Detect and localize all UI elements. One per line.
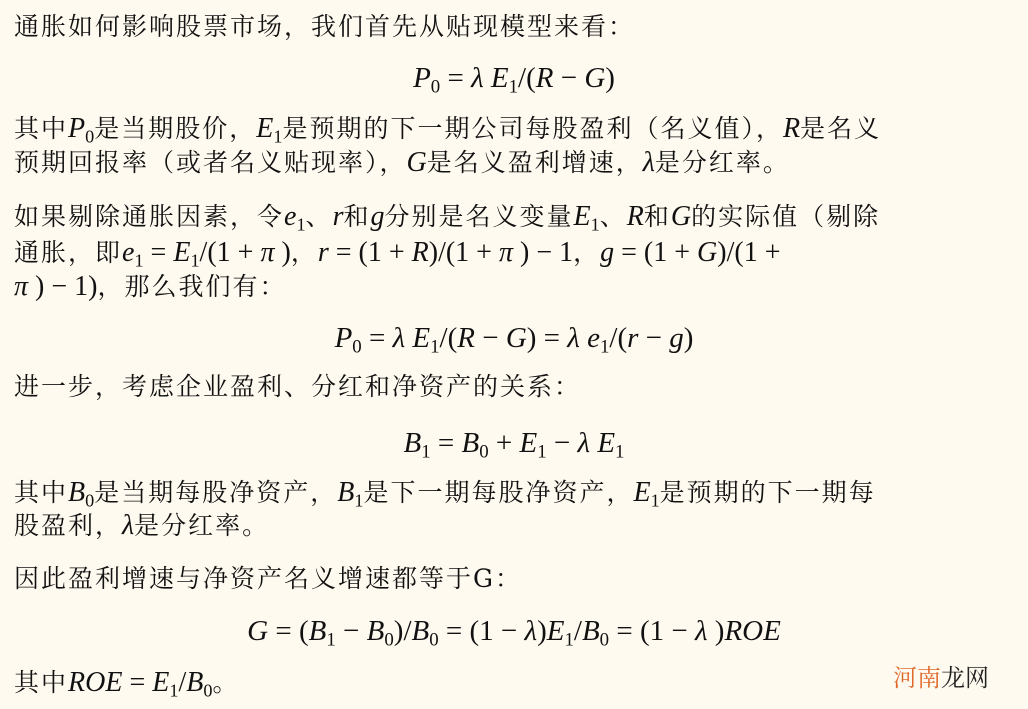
watermark-part1: 河南: [893, 664, 941, 692]
para5-text: 因此盈利增速与净资产名义增速都等于G：: [14, 562, 1014, 596]
para6-text: 其中ROE = E1/B0。: [14, 666, 1014, 700]
formula-growth-roe: G = (B1 − B0)/B0 = (1 − λ)E1/B0 = (1 − λ…: [0, 613, 1028, 649]
para2-line2: 通胀，即e1 = E1/(1 + π )，r = (1 + R)/(1 + π …: [14, 236, 1014, 270]
para4-line1: 其中B0是当期每股净资产，B1是下一期每股净资产，E1是预期的下一期每: [14, 476, 1014, 510]
watermark-part2: 龙网: [941, 664, 989, 692]
para4-line2: 股盈利，λ是分红率。: [14, 509, 1014, 543]
watermark-logo: 河南龙网: [893, 658, 989, 693]
para1-line2: 预期回报率（或者名义贴现率），G是名义盈利增速，λ是分红率。: [14, 146, 1014, 180]
formula-real-discount-model: P0 = λ E1/(R − G) = λ e1/(r − g): [0, 320, 1028, 356]
formula-discount-model: P0 = λ E1/(R − G): [0, 60, 1028, 96]
para3-text: 进一步，考虑企业盈利、分红和净资产的关系：: [14, 370, 1014, 404]
para2-line1: 如果剔除通胀因素，令e1、r和g分别是名义变量E1、R和G的实际值（剔除: [14, 200, 1014, 234]
formula-book-value: B1 = B0 + E1 − λ E1: [0, 425, 1028, 461]
intro-text: 通胀如何影响股票市场，我们首先从贴现模型来看：: [14, 10, 1014, 44]
para2-line3: π ) − 1)，那么我们有：: [14, 270, 1014, 304]
para1-line1: 其中P0是当期股价，E1是预期的下一期公司每股盈利（名义值），R是名义: [14, 112, 1014, 146]
